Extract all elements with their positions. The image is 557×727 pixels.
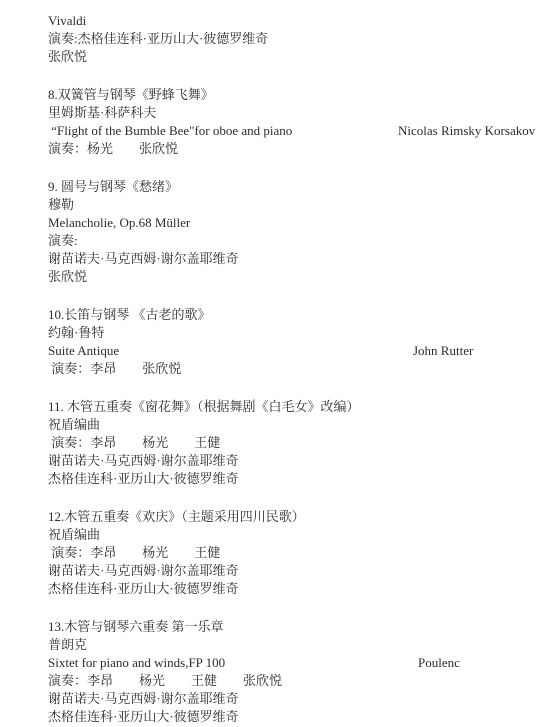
line-text: 谢苗诺夫·马克西姆·谢尔盖耶维奇 [48,563,239,578]
program-item-1: Vivaldi演奏:杰格佳连科·亚历山大·彼德罗维奇张欣悦 [48,12,557,66]
program-line: 演奏: [48,232,557,250]
program-line: 演奏：李昂 张欣悦 [48,360,557,378]
line-text: 谢苗诺夫·马克西姆·谢尔盖耶维奇 [48,251,239,266]
program-line: 约翰·鲁特 [48,324,557,342]
line-text: 张欣悦 [48,269,87,284]
line-text: 杰格佳连科·亚历山大·彼德罗维奇 [48,471,239,486]
line-text: Melancholie, Op.68 Müller [48,215,190,230]
line-text: 谢苗诺夫·马克西姆·谢尔盖耶维奇 [48,453,239,468]
program-item-3: 9. 圆号与钢琴《愁绪》穆勒Melancholie, Op.68 Müller演… [48,178,557,286]
line-text: 12.木管五重奏《欢庆》（主题采用四川民歌） [48,509,305,524]
line-text: 演奏：李昂 张欣悦 [48,361,181,376]
line-text: 杰格佳连科·亚历山大·彼德罗维奇 [48,581,239,596]
program-line: 演奏：杨光 张欣悦 [48,140,557,158]
line-text: 穆勒 [48,197,74,212]
line-text: 演奏:杰格佳连科·亚历山大·彼德罗维奇 [48,31,268,46]
program-item-5: 11. 木管五重奏《窗花舞》（根据舞剧《白毛女》改编）祝盾编曲 演奏：李昂 杨光… [48,398,557,488]
line-text: 13.木管与钢琴六重奏 第一乐章 [48,619,224,634]
program-line: 演奏：李昂 杨光 王健 [48,434,557,452]
line-text: 张欣悦 [48,49,87,64]
line-text: 9. 圆号与钢琴《愁绪》 [48,179,178,194]
program-line: Sixtet for piano and winds,FP 100Poulenc [48,654,557,672]
line-text: Vivaldi [48,13,86,28]
program-line: 谢苗诺夫·马克西姆·谢尔盖耶维奇 [48,562,557,580]
program-line: 祝盾编曲 [48,416,557,434]
line-text: “Flight of the Bumble Bee"for oboe and p… [48,123,292,138]
line-text: Suite Antique [48,343,119,358]
program-line: 杰格佳连科·亚历山大·彼德罗维奇 [48,708,557,726]
program-line: 演奏:杰格佳连科·亚历山大·彼德罗维奇 [48,30,557,48]
line-text: 11. 木管五重奏《窗花舞》（根据舞剧《白毛女》改编） [48,399,360,414]
program-line: Vivaldi [48,12,557,30]
program-line: 演奏：李昂 杨光 王健 [48,544,557,562]
line-text: 祝盾编曲 [48,417,100,432]
line-text: 约翰·鲁特 [48,325,104,340]
composer-name: John Rutter [413,342,473,360]
line-text: 演奏：杨光 张欣悦 [48,141,178,156]
line-text: 演奏：李昂 杨光 王健 张欣悦 [48,673,282,688]
program-item-7: 13.木管与钢琴六重奏 第一乐章普朗克Sixtet for piano and … [48,618,557,726]
line-text: 普朗克 [48,637,87,652]
program-line: 里姆斯基·科萨科夫 [48,104,557,122]
composer-name: Nicolas Rimsky Korsakov [398,122,535,140]
program-line: Suite AntiqueJohn Rutter [48,342,557,360]
program-line: 9. 圆号与钢琴《愁绪》 [48,178,557,196]
line-text: 演奏: [48,233,78,248]
program-line: Melancholie, Op.68 Müller [48,214,557,232]
line-text: Sixtet for piano and winds,FP 100 [48,655,225,670]
program-line: “Flight of the Bumble Bee"for oboe and p… [48,122,557,140]
program-line: 8.双簧管与钢琴《野蜂飞舞》 [48,86,557,104]
program-line: 10.长笛与钢琴 《古老的歌》 [48,306,557,324]
line-text: 里姆斯基·科萨科夫 [48,105,156,120]
program-item-2: 8.双簧管与钢琴《野蜂飞舞》里姆斯基·科萨科夫 “Flight of the B… [48,86,557,158]
concert-program-page: Vivaldi演奏:杰格佳连科·亚历山大·彼德罗维奇张欣悦8.双簧管与钢琴《野蜂… [0,0,557,727]
program-line: 谢苗诺夫·马克西姆·谢尔盖耶维奇 [48,250,557,268]
line-text: 10.长笛与钢琴 《古老的歌》 [48,307,211,322]
program-line: 谢苗诺夫·马克西姆·谢尔盖耶维奇 [48,690,557,708]
program-line: 张欣悦 [48,268,557,286]
line-text: 谢苗诺夫·马克西姆·谢尔盖耶维奇 [48,691,239,706]
program-item-6: 12.木管五重奏《欢庆》（主题采用四川民歌）祝盾编曲 演奏：李昂 杨光 王健谢苗… [48,508,557,598]
program-item-4: 10.长笛与钢琴 《古老的歌》约翰·鲁特Suite AntiqueJohn Ru… [48,306,557,378]
line-text: 演奏：李昂 杨光 王健 [48,435,220,450]
composer-name: Poulenc [418,654,460,672]
program-line: 11. 木管五重奏《窗花舞》（根据舞剧《白毛女》改编） [48,398,557,416]
program-line: 祝盾编曲 [48,526,557,544]
program-line: 普朗克 [48,636,557,654]
program-line: 谢苗诺夫·马克西姆·谢尔盖耶维奇 [48,452,557,470]
program-line: 杰格佳连科·亚历山大·彼德罗维奇 [48,470,557,488]
program-line: 杰格佳连科·亚历山大·彼德罗维奇 [48,580,557,598]
program-line: 演奏：李昂 杨光 王健 张欣悦 [48,672,557,690]
program-line: 穆勒 [48,196,557,214]
program-line: 12.木管五重奏《欢庆》（主题采用四川民歌） [48,508,557,526]
line-text: 杰格佳连科·亚历山大·彼德罗维奇 [48,709,239,724]
program-line: 13.木管与钢琴六重奏 第一乐章 [48,618,557,636]
line-text: 演奏：李昂 杨光 王健 [48,545,220,560]
program-line: 张欣悦 [48,48,557,66]
line-text: 祝盾编曲 [48,527,100,542]
line-text: 8.双簧管与钢琴《野蜂飞舞》 [48,87,214,102]
